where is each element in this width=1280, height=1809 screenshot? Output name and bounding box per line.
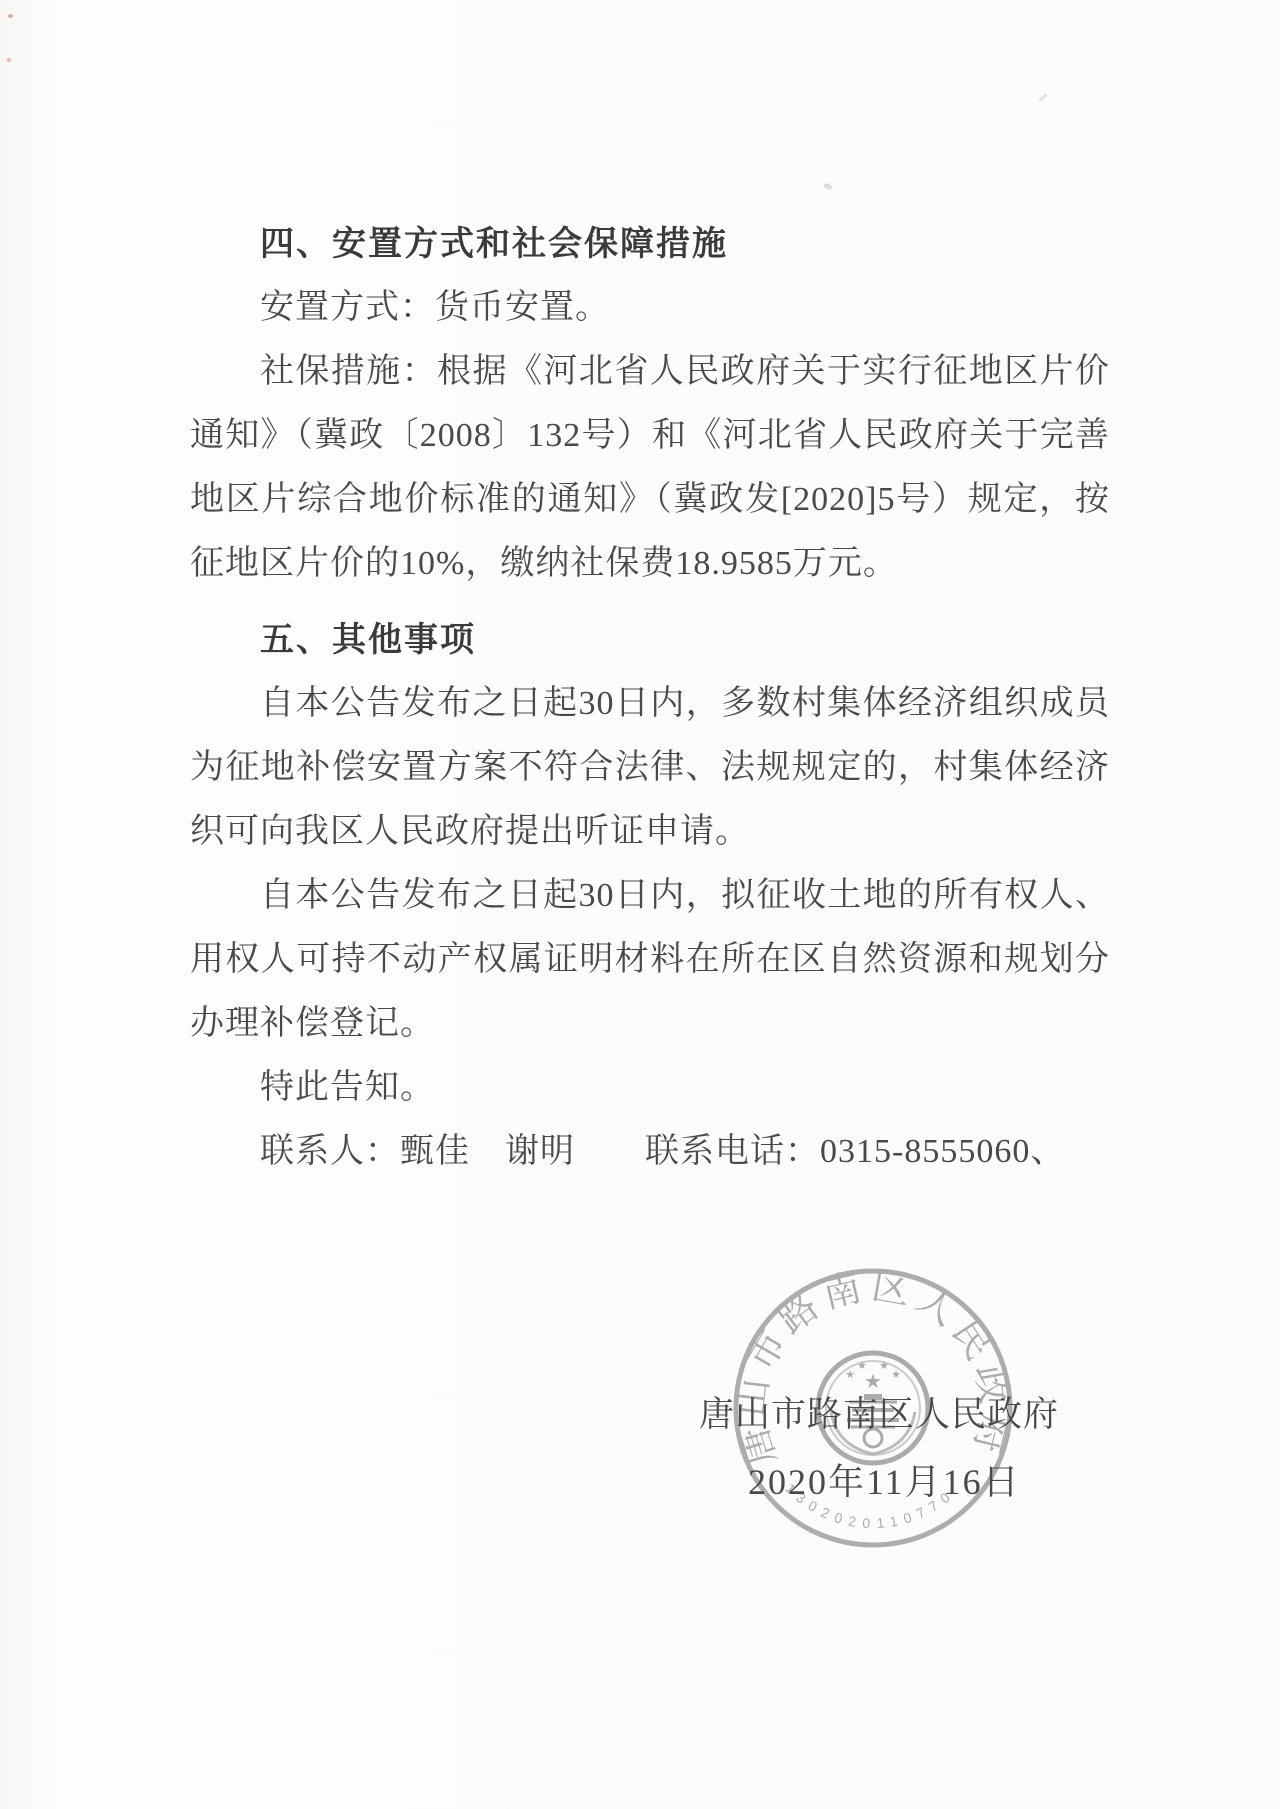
- text-line: 社保措施：根据《河北省人民政府关于实行征地区片价的: [190, 340, 1110, 404]
- text-line: 通知》（冀政〔2008〕132号）和《河北省人民政府关于完善征: [190, 404, 1110, 468]
- scan-artifact: [823, 183, 832, 191]
- seal-ring-text: 唐山市路南区人民政府: [730, 1265, 1015, 1470]
- text-line: 征地区片价的10%，缴纳社保费18.9585万元。: [190, 532, 1110, 596]
- svg-text:★: ★: [864, 1371, 882, 1393]
- scan-artifact: [7, 58, 11, 62]
- text-line: 用权人可持不动产权属证明材料在所在区自然资源和规划分局: [190, 928, 1110, 992]
- text-line: 自本公告发布之日起30日内，拟征收土地的所有权人、使: [190, 864, 1110, 928]
- scan-artifact: [1038, 93, 1048, 102]
- text-line: 特此告知。: [190, 1056, 1110, 1120]
- document-body: 四、安置方式和社会保障措施安置方式：货币安置。社保措施：根据《河北省人民政府关于…: [190, 212, 1110, 1184]
- svg-text:★: ★: [845, 1369, 855, 1381]
- text-line: 联系人：甄佳 谢明 联系电话：0315-8555060、5263488: [190, 1120, 1110, 1184]
- text-line: 地区片综合地价标准的通知》（冀政发[2020]5号）规定，按照: [190, 468, 1110, 532]
- signature-date: 2020年11月16日: [748, 1458, 1021, 1506]
- svg-text:★: ★: [891, 1369, 901, 1381]
- svg-text:★: ★: [879, 1360, 889, 1372]
- scan-artifact: [8, 14, 13, 18]
- text-line: 为征地补偿安置方案不符合法律、法规规定的，村集体经济组: [190, 736, 1110, 800]
- text-line: 自本公告发布之日起30日内，多数村集体经济组织成员认: [190, 672, 1110, 736]
- section-heading: 四、安置方式和社会保障措施: [190, 212, 1110, 276]
- text-line: 办理补偿登记。: [190, 992, 1110, 1056]
- svg-text:★: ★: [857, 1360, 867, 1372]
- scanned-document-page: 四、安置方式和社会保障措施安置方式：货币安置。社保措施：根据《河北省人民政府关于…: [0, 0, 1280, 1809]
- signature-organization: 唐山市路南区人民政府: [699, 1392, 1059, 1438]
- text-line: 织可向我区人民政府提出听证申请。: [190, 800, 1110, 864]
- section-heading: 五、其他事项: [190, 608, 1110, 672]
- text-line: 安置方式：货币安置。: [190, 276, 1110, 340]
